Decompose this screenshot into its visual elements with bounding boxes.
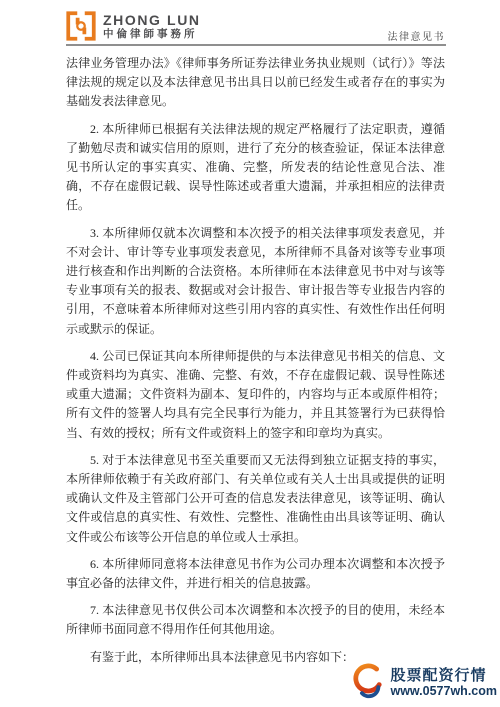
brand-text: ZHONG LUN 中倫律師事務所 [103,12,201,41]
zhonglun-logo-icon [66,11,96,41]
document-body: 法律业务管理办法》《律师事务所证券法律业务执业规则（试行）》等法律法规的规定以及… [66,54,445,675]
watermark: 股票配资行情 www.0577wh.com [349,662,497,702]
paragraph-3: 3. 本所律师仅就本次调整和本次授予的相关法律事项发表意见，并不对会计、审计等专… [66,224,445,339]
watermark-title: 股票配资行情 [390,667,497,684]
header: ZHONG LUN 中倫律師事務所 法律意见书 [66,11,445,44]
paragraph-6: 6. 本所律师同意将本法律意见书作为公司办理本次调整和本次授予事宜必备的法律文件… [66,555,445,593]
document-page: ZHONG LUN 中倫律師事務所 法律意见书 法律业务管理办法》《律师事务所证… [0,0,500,707]
watermark-text: 股票配资行情 www.0577wh.com [390,667,497,698]
watermark-url: www.0577wh.com [390,684,497,698]
paragraph-5: 5. 对于本法律意见书至关重要而又无法得到独立证据支持的事实，本所律师依赖于有关… [66,451,445,547]
document-type-label: 法律意见书 [388,28,446,43]
brand-name-cn: 中倫律師事務所 [103,28,201,41]
brand-name-en: ZHONG LUN [103,12,201,28]
brand: ZHONG LUN 中倫律師事務所 [66,11,201,41]
watermark-swoosh-icon [349,662,387,702]
paragraph-continuation: 法律业务管理办法》《律师事务所证券法律业务执业规则（试行）》等法律法规的规定以及… [66,54,445,112]
paragraph-4: 4. 公司已保证其向本所律师提供的与本法律意见书相关的信息、文件或资料均为真实、… [66,347,445,443]
header-divider [66,44,446,46]
paragraph-2: 2. 本所律师已根据有关法律法规的规定严格履行了法定职责，遵循了勤勉尽责和诚实信… [66,120,445,216]
paragraph-7: 7. 本法律意见书仅供公司本次调整和本次授予的目的使用，未经本所律师书面同意不得… [66,601,445,639]
